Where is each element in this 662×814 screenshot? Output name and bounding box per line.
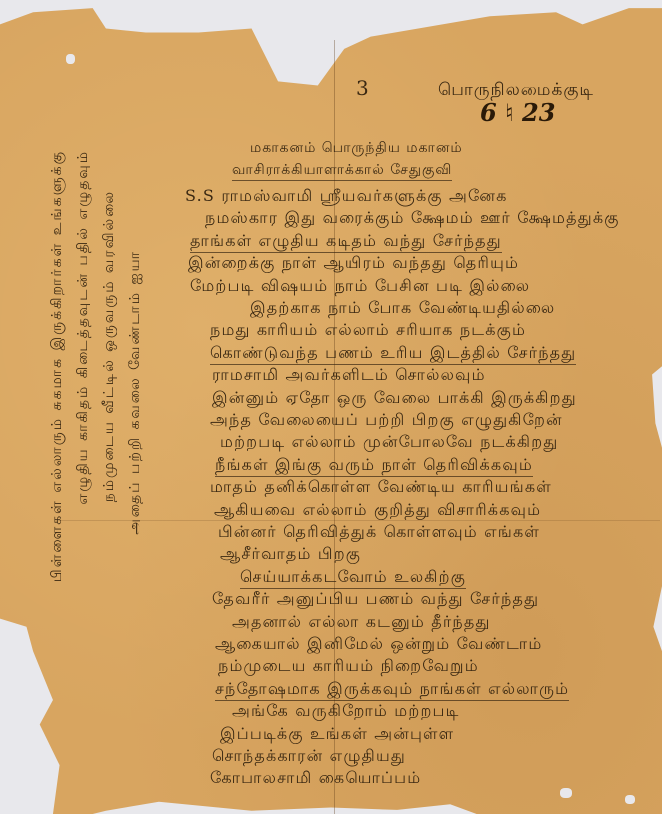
body-line: இன்றைக்கு நாள் ஆயிரம் வந்தது தெரியும் <box>188 253 519 274</box>
body-line: நமஸ்கார இது வரைக்கும் க்ஷேமம் ஊர் க்ஷேமத… <box>205 208 620 229</box>
margin-note-line: பிள்ளைகள் எல்லாரும் சுகமாக இருக்கிறார்கள… <box>48 150 65 582</box>
paper-hole <box>560 788 572 798</box>
body-line: ஆகியவை எல்லாம் குறித்து விசாரிக்கவும் <box>214 500 541 521</box>
paper-hole <box>66 54 75 64</box>
body-line: இப்படிக்கு உங்கள் அன்புள்ள <box>220 724 454 745</box>
body-line: தேவரீர் அனுப்பிய பணம் வந்து சேர்ந்தது <box>212 589 539 610</box>
page-number: 3 <box>356 76 369 100</box>
paper-hole <box>625 795 635 804</box>
body-line: பின்னர் தெரிவித்துக் கொள்ளவும் எங்கள் <box>218 522 540 543</box>
body-line: ஆசீர்வாதம் பிறகு <box>220 544 361 565</box>
body-line: நீங்கள் இங்கு வரும் நாள் தெரிவிக்கவும் <box>215 455 533 477</box>
body-line: ராமசாமி அவர்களிடம் சொல்லவும் <box>212 365 486 386</box>
body-line: செய்யாக்கடவோம் உலகிற்கு <box>240 567 466 589</box>
body-line: மேற்படி விஷயம் நாம் பேசின படி இல்லை <box>190 276 530 297</box>
date-notation: 6 ♮ 23 <box>480 98 555 127</box>
margin-note-line: அதைப் பற்றி கவலை வேண்டாம் ஐயா <box>126 250 143 535</box>
body-line: கோபாலசாமி கையொப்பம் <box>210 768 421 789</box>
body-line: அந்த வேலையைப் பற்றி பிறகு எழுதுகிறேன் <box>210 410 563 431</box>
body-line: ஆகையால் இனிமேல் ஒன்றும் வேண்டாம் <box>215 634 542 655</box>
body-line: அதனால் எல்லா கடனும் தீர்ந்தது <box>232 612 491 633</box>
margin-note-line: நம்முடைய வீட்டில் ஒருவரும் வரவில்லை <box>100 190 117 502</box>
body-line: இன்னும் ஏதோ ஒரு வேலை பாக்கி இருக்கிறது <box>212 388 577 409</box>
margin-notes: பிள்ளைகள் எல்லாரும் சுகமாக இருக்கிறார்கள… <box>48 150 158 650</box>
body-line: அங்கே வருகிறோம் மற்றபடி <box>232 701 460 722</box>
address-line: மகாகனம் பொருந்திய மகானம் <box>250 140 463 158</box>
body-line: சந்தோஷமாக இருக்கவும் நாங்கள் எல்லாரும் <box>215 679 569 701</box>
body-line: சொந்தக்காரன் எழுதியது <box>212 746 406 767</box>
body-line: கொண்டுவந்த பணம் உரிய இடத்தில் சேர்ந்தது <box>210 343 576 365</box>
address-line: வாசிராக்கியாளாக்கால் சேதுகுவி <box>232 162 452 181</box>
body-line: தாங்கள் எழுதிய கடிதம் வந்து சேர்ந்தது <box>190 231 502 253</box>
body-line: S.S ராமஸ்வாமி ஸ்ரீயவர்களுக்கு அனேக <box>185 186 508 207</box>
body-line: நமது காரியம் எல்லாம் சரியாக நடக்கும் <box>210 320 526 341</box>
margin-note-line: எழுதிய காகிதம் கிடைத்தவுடன் பதில் எழுதவு… <box>74 150 91 505</box>
body-line: மற்றபடி எல்லாம் முன்போலவே நடக்கிறது <box>220 432 558 453</box>
body-line: இதற்காக நாம் போக வேண்டியதில்லை <box>250 298 555 319</box>
body-line: நம்முடைய காரியம் நிறைவேறும் <box>218 656 479 677</box>
body-line: மாதம் தனிக்கொள்ள வேண்டிய காரியங்கள் <box>210 477 552 498</box>
